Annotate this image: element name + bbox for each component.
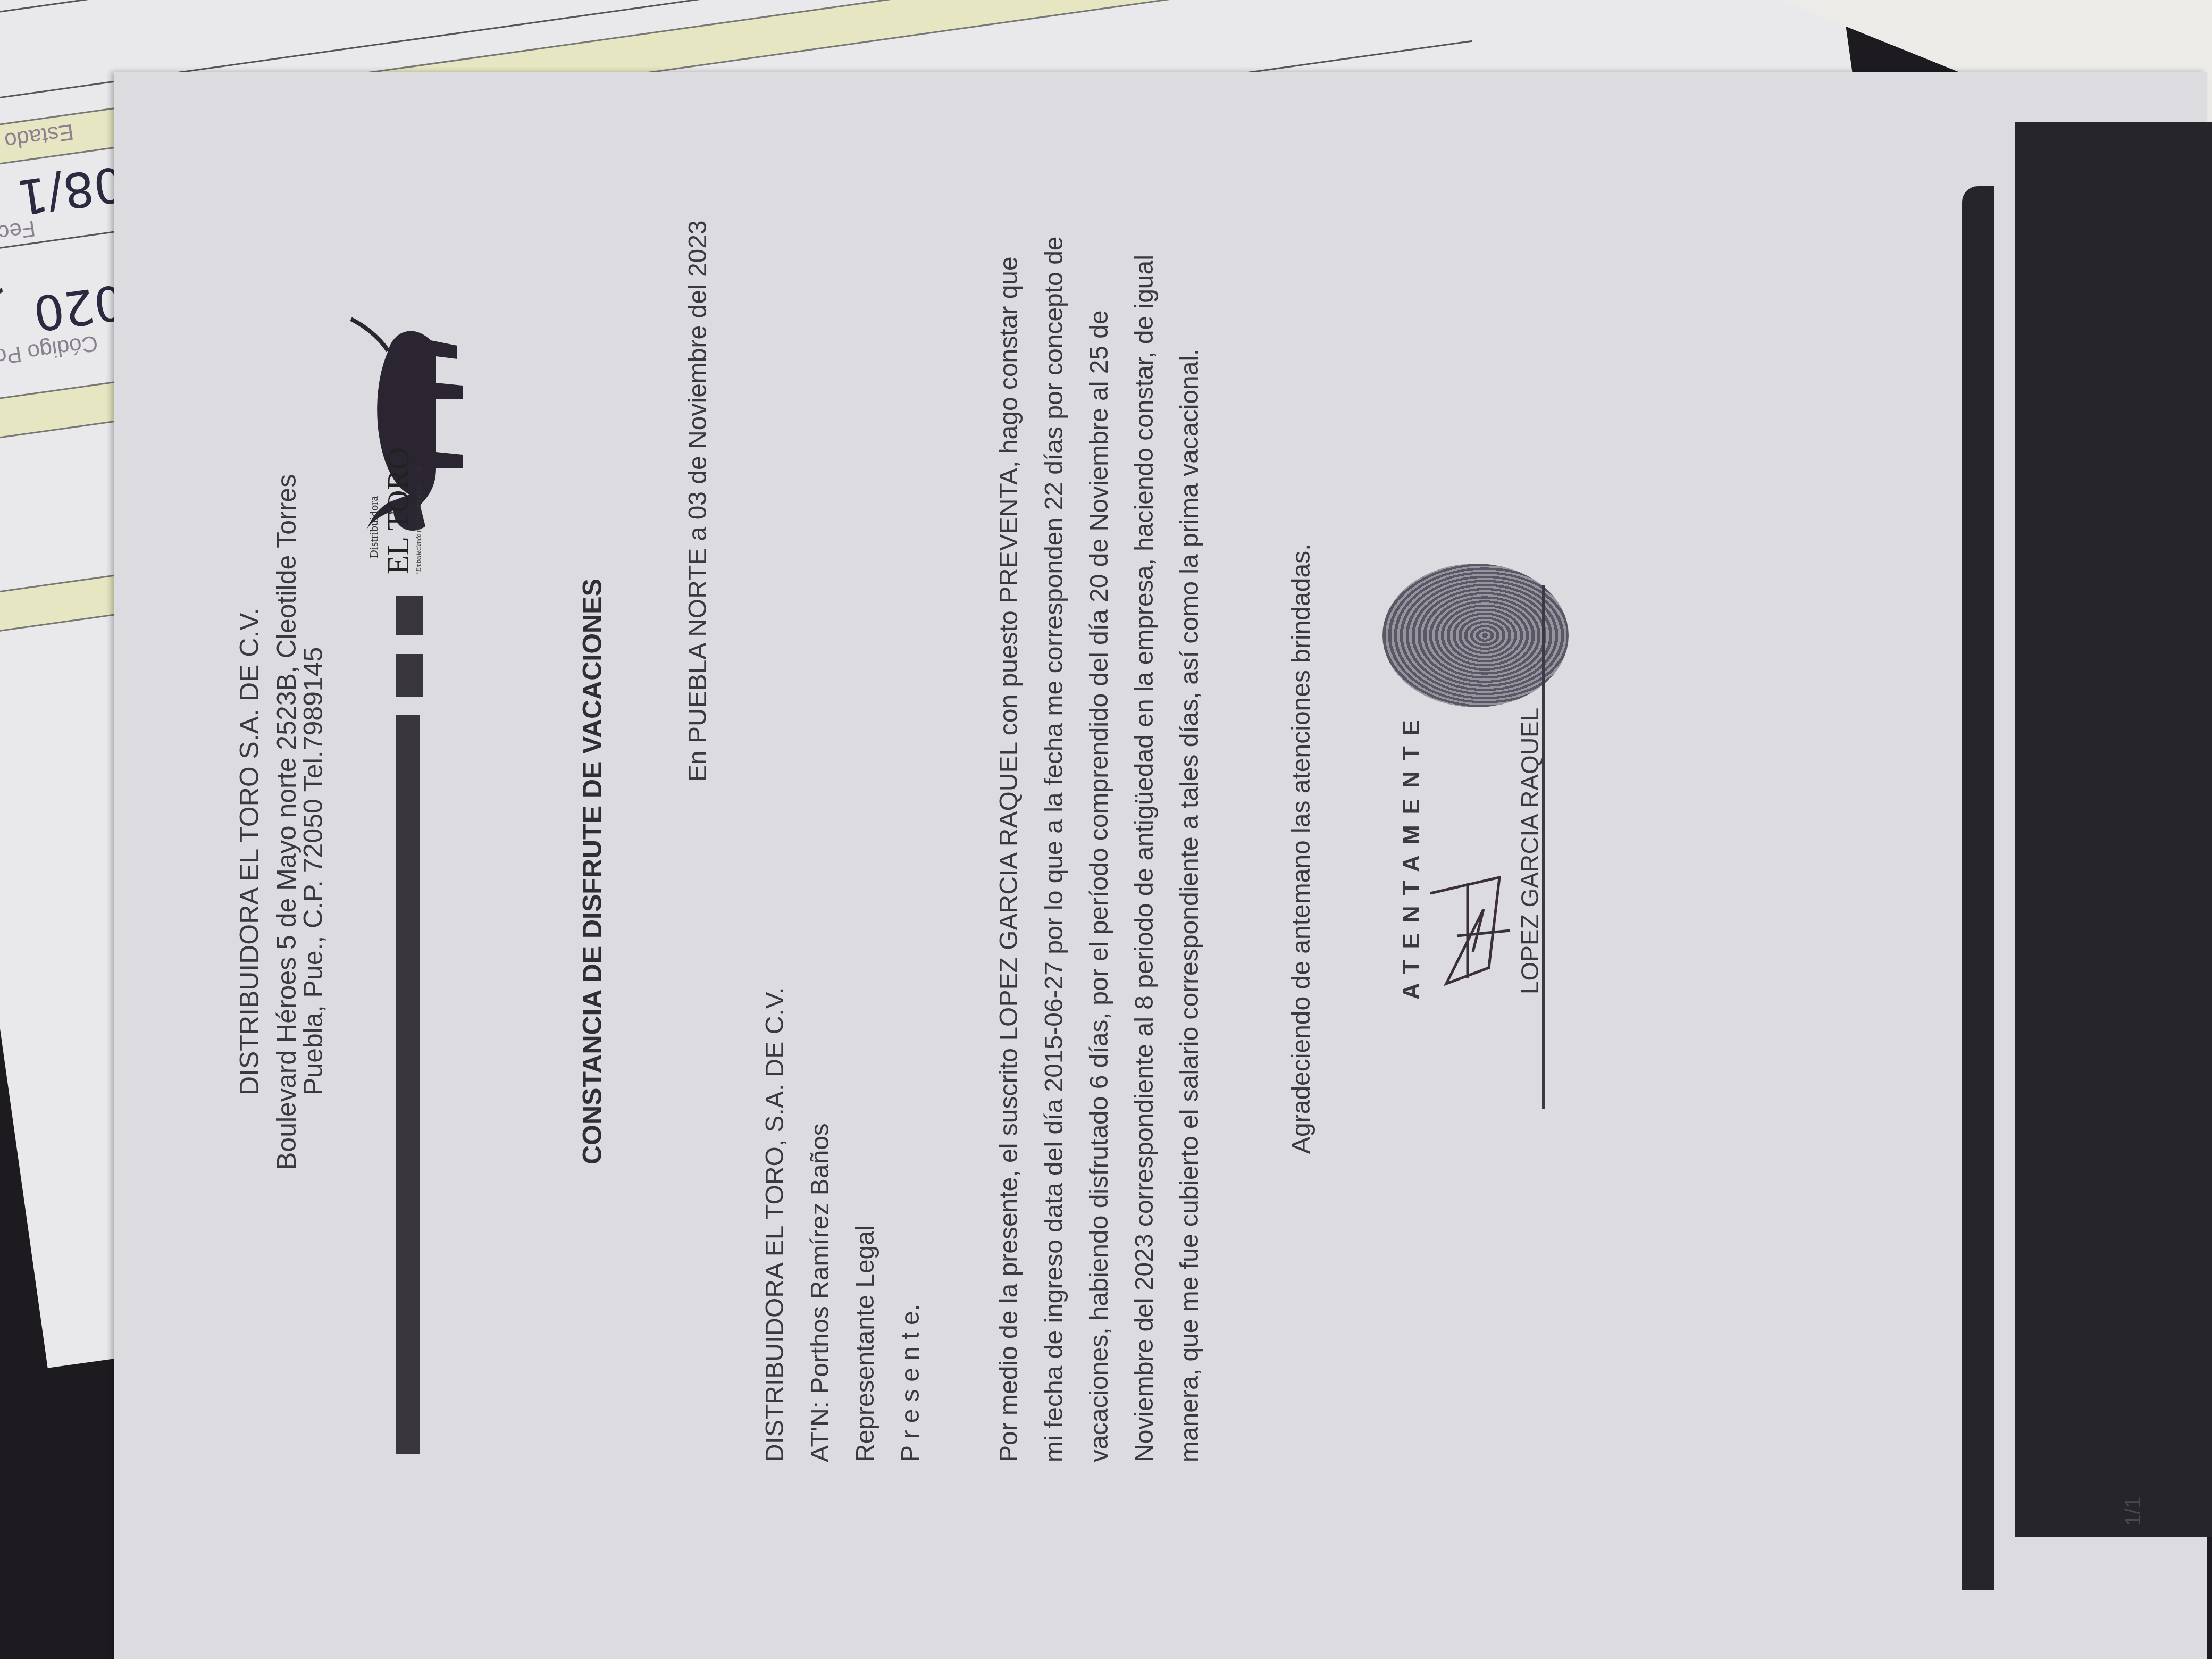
signer-name: LOPEZ GARCIA RAQUEL xyxy=(1515,708,1544,994)
recipient-company: DISTRIBUIDORA EL TORO, S.A. DE C.V. xyxy=(760,987,790,1462)
body-line: Noviembre del 2023 correspondiente al 8 … xyxy=(1130,255,1159,1462)
logo-brand: EL TORO xyxy=(380,447,416,574)
closing-text: Agradeciendo de antemano las atenciones … xyxy=(1287,544,1316,1154)
form-field-label: Número No. xyxy=(95,0,217,7)
place-date: En PUEBLA NORTE a 03 de Noviembre del 20… xyxy=(683,220,713,782)
decor-bar xyxy=(396,715,420,1454)
company-logo: Distribuidora EL TORO "Embelleciendo nue… xyxy=(330,298,489,574)
letterhead-company-name: DISTRIBUIDORA EL TORO S.A. DE C.V. xyxy=(234,608,265,1095)
body-line: Por medio de la presente, el suscrito LO… xyxy=(994,256,1024,1462)
logo-small-text: Distribuidora xyxy=(367,496,381,558)
body-line: mi fecha de ingreso data del día 2015-06… xyxy=(1040,236,1069,1462)
fingerprint-icon xyxy=(1382,564,1569,707)
letterhead-address-line-2: Puebla, Pue., C.P. 72050 Tel.7989145 xyxy=(298,647,329,1095)
signature-icon xyxy=(1425,872,1521,989)
handwritten-value: 22/ xyxy=(0,247,8,313)
recipient-presente: P r e s e n t e. xyxy=(896,1304,925,1462)
body-line: manera, que me fue cubierto el salario c… xyxy=(1175,349,1204,1462)
form-field-label: Fecha de xyxy=(0,215,37,254)
decor-bar xyxy=(396,654,423,697)
footer-bar xyxy=(1962,186,1994,1590)
recipient-attention: AT'N: Porthos Ramírez Baños xyxy=(806,1123,835,1462)
decor-bar xyxy=(396,596,423,635)
form-field-label: Código Postal xyxy=(0,330,99,375)
recipient-role: Representante Legal xyxy=(851,1225,880,1462)
document-title: CONSTANCIA DE DISFRUTE DE VACACIONES xyxy=(577,579,608,1164)
registered-mark: ® xyxy=(415,466,426,473)
body-line: vacaciones, habiendo disfrutado 6 días, … xyxy=(1085,310,1114,1462)
footer-bar xyxy=(2015,122,2212,1537)
signature-label: ATENTAMENTE xyxy=(1398,709,1425,1000)
logo-slogan: "Embelleciendo nuestros momentos" xyxy=(415,481,423,574)
signature-line xyxy=(1542,585,1545,1109)
page-number: 1/1 xyxy=(2122,1496,2146,1526)
